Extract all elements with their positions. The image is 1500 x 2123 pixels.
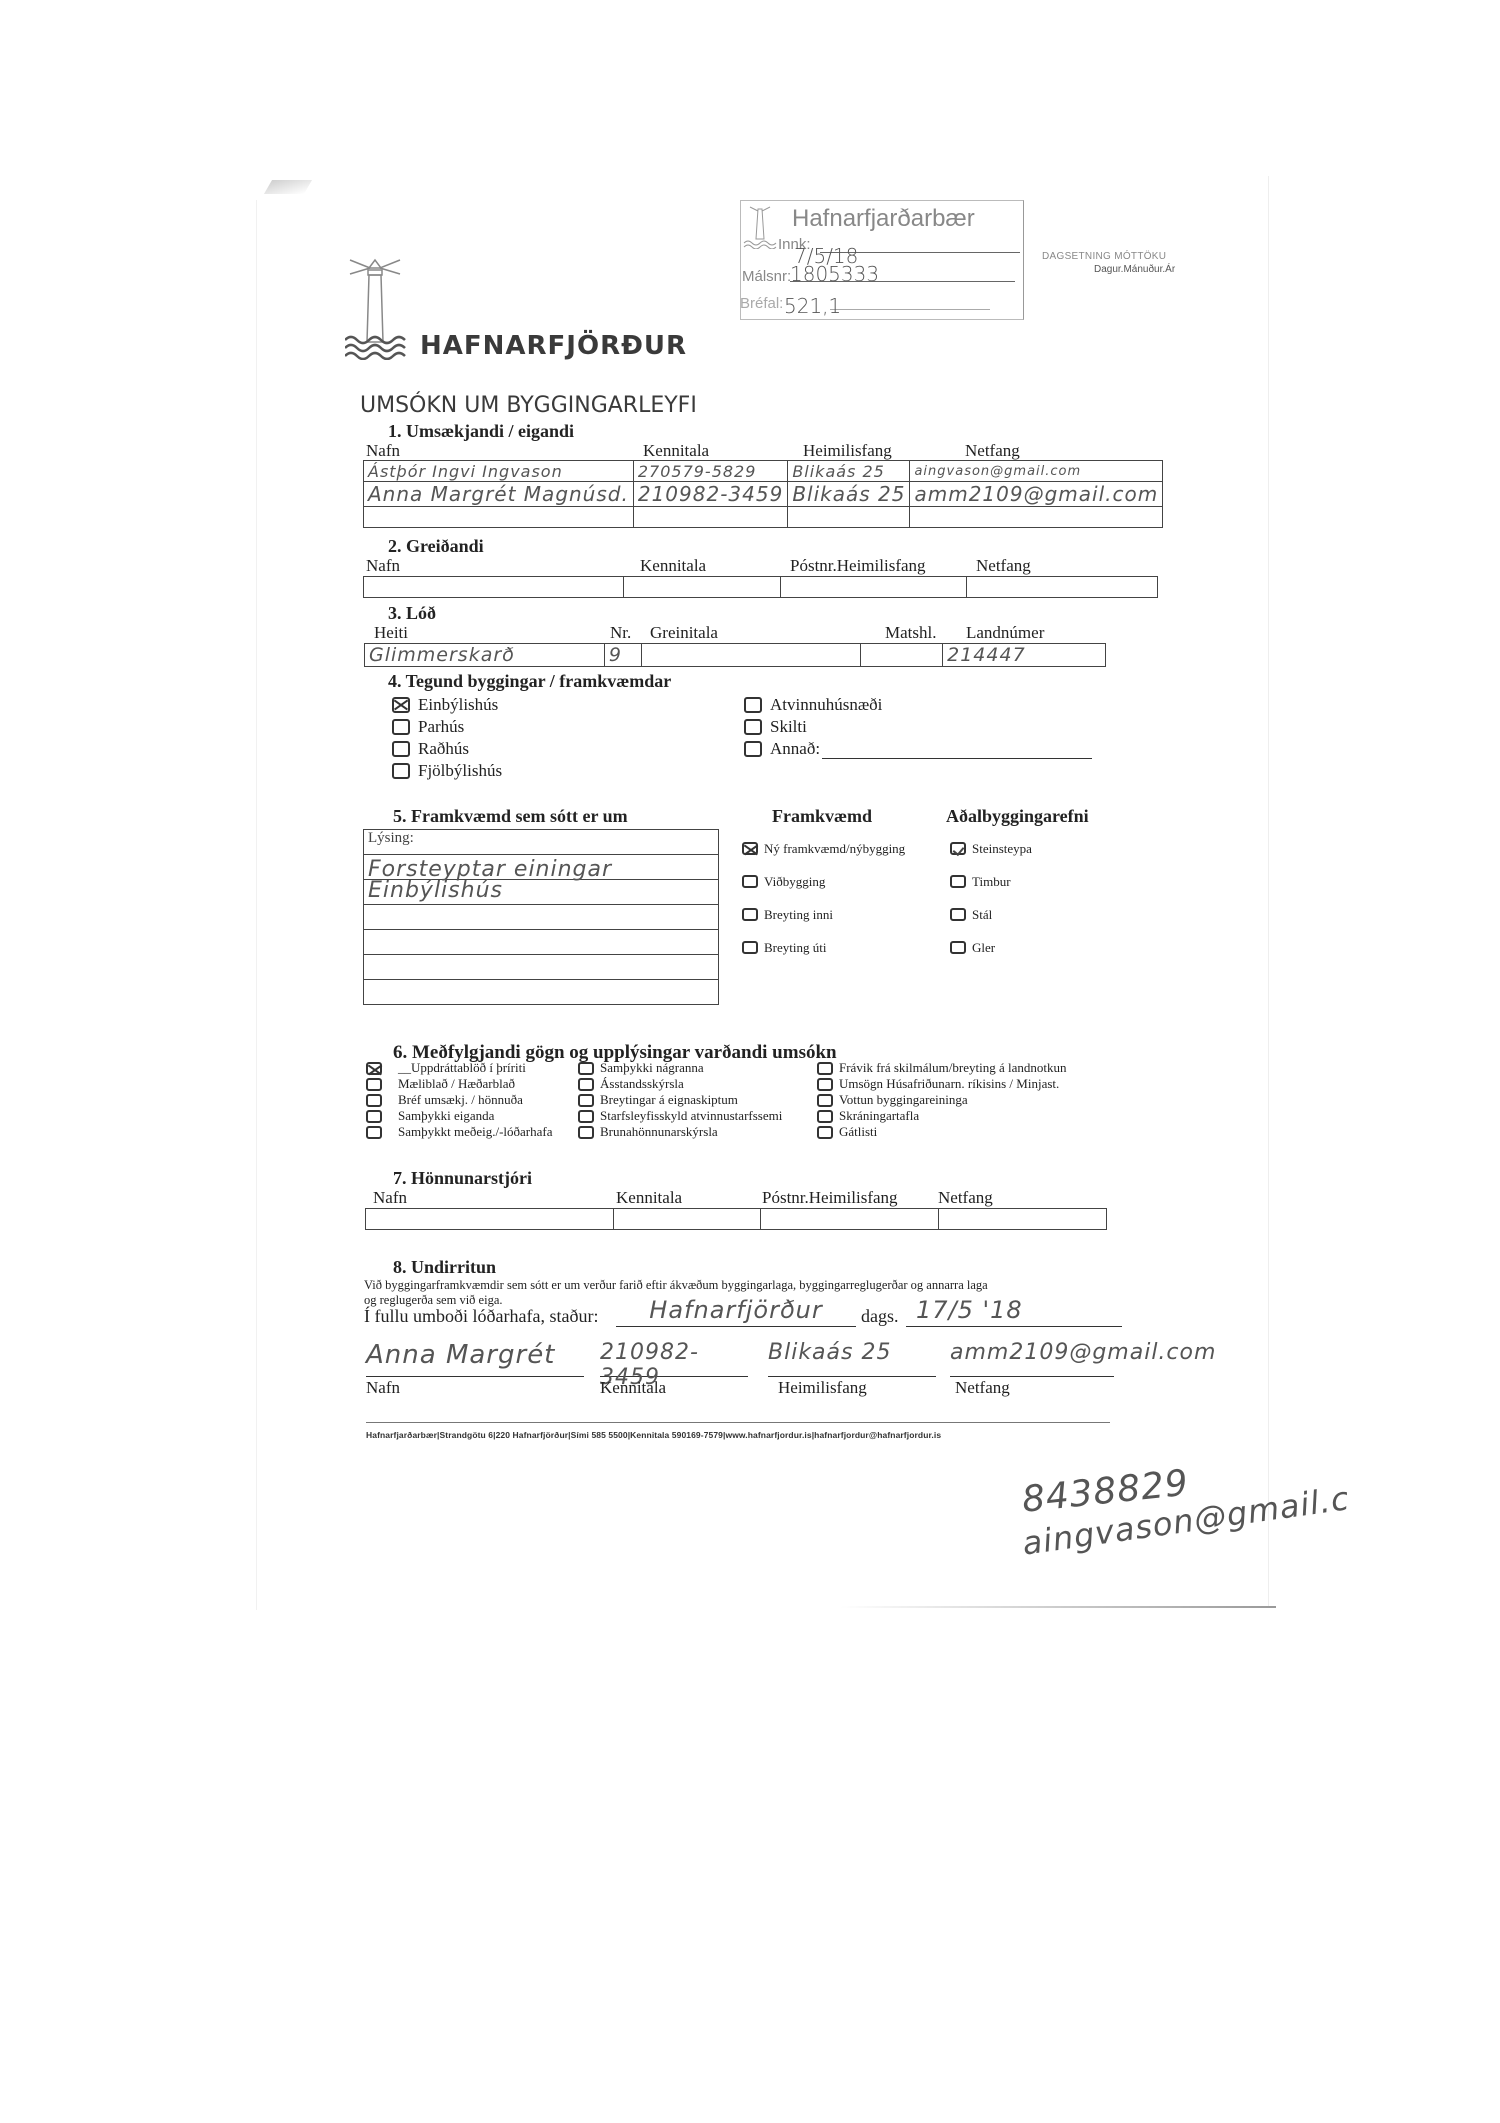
checkbox-ny-framkvaemd[interactable]: Ný framkvæmd/nýbygging	[742, 832, 905, 865]
efni-options: Steinsteypa Timbur Stál Gler	[950, 832, 1032, 964]
checkbox-label: Viðbygging	[764, 874, 825, 890]
checkbox-gler[interactable]: Gler	[950, 931, 1032, 964]
checkbox-label: Atvinnuhúsnæði	[770, 695, 882, 715]
payer-address-field[interactable]	[781, 577, 967, 598]
checkbox-label: Ásstandsskýrsla	[600, 1076, 684, 1092]
footer-divider	[366, 1422, 1110, 1423]
s7-col-kennitala: Kennitala	[616, 1188, 682, 1208]
payer-kennitala-field[interactable]	[623, 577, 781, 598]
s1-col-netfang: Netfang	[965, 441, 1020, 461]
checkbox-starfsleyfisskyld[interactable]: Starfsleyfisskyld atvinnustarfssemi	[578, 1108, 782, 1124]
applicant-address-field[interactable]: Blikaás 25	[788, 461, 910, 482]
section-8-heading: 8. Undirritun	[393, 1257, 496, 1278]
checkbox-label: Brunahönnunarskýrsla	[600, 1124, 718, 1140]
checkbox-empty-icon	[744, 719, 762, 735]
checkbox-parhus[interactable]: Parhús	[392, 716, 502, 738]
checkbox-checked-icon	[392, 697, 410, 713]
applicant-name-field[interactable]	[364, 507, 634, 528]
scan-artifact	[264, 180, 312, 194]
checkbox-label: Samþykkt meðeig./-lóðarhafa	[398, 1124, 553, 1140]
payer-name-field[interactable]	[364, 577, 624, 598]
checkbox-breytingar-eignaskiptum[interactable]: Breytingar á eignaskiptum	[578, 1092, 782, 1108]
checkbox-empty-icon	[817, 1078, 833, 1091]
checkbox-empty-icon	[578, 1094, 594, 1107]
checkbox-empty-icon	[742, 908, 758, 921]
date-format-label: Dagur.Mánuður.Ár	[1094, 264, 1175, 275]
checkbox-empty-icon	[578, 1110, 594, 1123]
documents-col-1: __Uppdráttablöð í þríriti Mæliblað / Hæð…	[366, 1060, 553, 1140]
s3-col-heiti: Heiti	[374, 623, 408, 643]
payer-email-field[interactable]	[967, 577, 1158, 598]
footer-contact: Hafnarfjarðarbær|Strandgötu 6|220 Hafnar…	[366, 1430, 941, 1440]
place-label: Í fullu umboði lóðarhafa, staður:	[364, 1306, 598, 1327]
lot-number-field[interactable]: 9	[604, 644, 641, 667]
label-netfang: Netfang	[955, 1378, 1010, 1398]
section-3-heading: 3. Lóð	[388, 603, 436, 624]
lot-greinitala-field[interactable]	[641, 644, 861, 667]
checkbox-radhus[interactable]: Raðhús	[392, 738, 502, 760]
checkbox-empty-icon	[366, 1078, 382, 1091]
table-row	[364, 507, 1163, 528]
checkbox-label: Fjölbýlishús	[418, 761, 502, 781]
checkbox-atvinnuhusnaedi[interactable]: Atvinnuhúsnæði	[744, 694, 1092, 716]
checkbox-label: Starfsleyfisskyld atvinnustarfssemi	[600, 1108, 782, 1124]
checkbox-empty-icon	[392, 741, 410, 757]
payer-table	[363, 576, 1158, 598]
checkbox-uppdrattablod[interactable]: __Uppdráttablöð í þríriti	[366, 1060, 553, 1076]
s2-col-heimilisfang: Póstnr.Heimilisfang	[790, 556, 926, 576]
checkbox-empty-icon	[578, 1078, 594, 1091]
description-label: Lýsing:	[364, 830, 718, 855]
checkbox-sampykkt-medeig[interactable]: Samþykkt meðeig./-lóðarhafa	[366, 1124, 553, 1140]
lot-landnumer-field[interactable]: 214447	[943, 644, 1106, 667]
checkbox-empty-icon	[366, 1110, 382, 1123]
checkbox-checked-icon	[742, 842, 758, 855]
declaration-text-1: Við byggingarframkvæmdir sem sótt er um …	[364, 1278, 988, 1293]
signature-name[interactable]: Anna Margrét	[366, 1340, 584, 1377]
applicant-email-field[interactable]: amm2109@gmail.com	[910, 482, 1163, 507]
description-line[interactable]	[364, 930, 718, 955]
checkbox-annad[interactable]: Annað:	[744, 738, 1092, 760]
s1-col-heimilisfang: Heimilisfang	[803, 441, 892, 461]
checkbox-empty-icon	[578, 1126, 594, 1139]
checkbox-bref-umsaekj[interactable]: Bréf umsækj. / hönnuða	[366, 1092, 553, 1108]
applicant-name-field[interactable]: Ástþór Ingvi Ingvason	[364, 461, 634, 482]
section-4-heading: 4. Tegund byggingar / framkvæmdar	[388, 671, 671, 692]
building-type-left: Einbýlishús Parhús Raðhús Fjölbýlishús	[392, 694, 502, 782]
applicant-address-field[interactable]: Blikaás 25	[788, 482, 910, 507]
checkbox-label: Ný framkvæmd/nýbygging	[764, 841, 905, 857]
checkbox-stal[interactable]: Stál	[950, 898, 1032, 931]
table-row: Glimmerskarð 9 214447	[365, 644, 1106, 667]
s1-col-kennitala: Kennitala	[643, 441, 709, 461]
checkbox-vottun[interactable]: Vottun byggingareininga	[817, 1092, 1066, 1108]
checkbox-fjolbylishus[interactable]: Fjölbýlishús	[392, 760, 502, 782]
section-5-heading: 5. Framkvæmd sem sótt er um	[393, 806, 628, 827]
stamp-line	[830, 309, 990, 310]
annad-field[interactable]	[822, 740, 1092, 759]
scan-edge	[840, 1606, 1276, 1608]
checkbox-empty-icon	[817, 1110, 833, 1123]
checkbox-label: Breyting úti	[764, 940, 826, 956]
checkbox-sampykki-nagranna[interactable]: Samþykki nágranna	[578, 1060, 782, 1076]
checkbox-label: Skráningartafla	[839, 1108, 919, 1124]
table-row: Anna Margrét Magnúsd. 210982-3459 Blikaá…	[364, 482, 1163, 507]
checkbox-empty-icon	[950, 941, 966, 954]
description-box: Lýsing: Forsteyptar einingar Einbýlishús	[363, 829, 719, 1005]
checkbox-label: Frávik frá skilmálum/breyting á landnotk…	[839, 1060, 1066, 1076]
checkbox-skilti[interactable]: Skilti	[744, 716, 1092, 738]
manager-email-field[interactable]	[939, 1209, 1107, 1230]
checkbox-label: Stál	[972, 907, 992, 923]
manager-name-field[interactable]	[366, 1209, 614, 1230]
s3-col-matshl: Matshl.	[885, 623, 936, 643]
checkbox-checked-icon	[950, 842, 966, 855]
s2-col-netfang: Netfang	[976, 556, 1031, 576]
description-line[interactable]	[364, 905, 718, 930]
checkbox-empty-icon	[366, 1126, 382, 1139]
s2-col-nafn: Nafn	[366, 556, 400, 576]
checkbox-empty-icon	[950, 908, 966, 921]
scan-edge	[256, 200, 257, 1610]
section-1-heading: 1. Umsækjandi / eigandi	[388, 421, 574, 442]
framkvaemd-heading: Framkvæmd	[772, 806, 872, 827]
checkbox-checked-icon	[366, 1062, 382, 1075]
s2-col-kennitala: Kennitala	[640, 556, 706, 576]
lot-matshl-field[interactable]	[861, 644, 943, 667]
label-heimilisfang: Heimilisfang	[778, 1378, 867, 1398]
checkbox-label: Raðhús	[418, 739, 469, 759]
s1-col-nafn: Nafn	[366, 441, 400, 461]
description-line[interactable]	[364, 955, 718, 980]
checkbox-label: Gler	[972, 940, 995, 956]
applicant-kennitala-field[interactable]: 210982-3459	[633, 482, 787, 507]
checkbox-sampykki-eiganda[interactable]: Samþykki eiganda	[366, 1108, 553, 1124]
checkbox-empty-icon	[817, 1062, 833, 1075]
description-line[interactable]: Einbýlishús	[364, 880, 718, 905]
date-label: dags.	[861, 1306, 899, 1327]
applicant-email-field[interactable]	[910, 507, 1163, 528]
s3-col-nr: Nr.	[610, 623, 631, 643]
checkbox-label: Parhús	[418, 717, 464, 737]
checkbox-label: Annað:	[770, 739, 820, 759]
stamp-title: Hafnarfjarðarbær	[792, 205, 975, 233]
checkbox-label: Bréf umsækj. / hönnuða	[398, 1092, 523, 1108]
checkbox-empty-icon	[392, 719, 410, 735]
checkbox-label: Vottun byggingareininga	[839, 1092, 968, 1108]
date-field[interactable]: 17/5 '18	[906, 1296, 1122, 1327]
section-2-heading: 2. Greiðandi	[388, 536, 484, 557]
applicant-email-field[interactable]: aingvason@gmail.com	[910, 461, 1163, 482]
description-line[interactable]	[364, 980, 718, 1004]
table-row	[364, 577, 1158, 598]
checkbox-einbylishus[interactable]: Einbýlishús	[392, 694, 502, 716]
checkbox-label: Breytingar á eignaskiptum	[600, 1092, 738, 1108]
lighthouse-logo-icon	[345, 250, 425, 360]
checkbox-fravik[interactable]: Frávik frá skilmálum/breyting á landnotk…	[817, 1060, 1066, 1076]
place-field[interactable]: Hafnarfjörður	[616, 1296, 856, 1327]
s3-col-greinitala: Greinitala	[650, 623, 718, 643]
applicant-name-field[interactable]: Anna Margrét Magnúsd.	[364, 482, 634, 507]
stamp-lighthouse-icon	[742, 203, 780, 249]
stamp-brefal-value: 521,1	[784, 294, 841, 318]
signature-address[interactable]: Blikaás 25	[768, 1340, 936, 1377]
lot-table: Glimmerskarð 9 214447	[364, 643, 1106, 667]
stamp-malsnr-value: 1805333	[790, 262, 879, 286]
form-title: UMSÓKN UM BYGGINGARLEYFI	[360, 393, 697, 418]
table-row	[366, 1209, 1107, 1230]
checkbox-empty-icon	[578, 1062, 594, 1075]
checkbox-skraningartafla[interactable]: Skráningartafla	[817, 1108, 1066, 1124]
checkbox-steinsteypa[interactable]: Steinsteypa	[950, 832, 1032, 865]
checkbox-breyting-inni[interactable]: Breyting inni	[742, 898, 905, 931]
checkbox-empty-icon	[744, 697, 762, 713]
efni-heading: Aðalbyggingarefni	[946, 806, 1089, 827]
checkbox-empty-icon	[742, 875, 758, 888]
signature-kennitala[interactable]: 210982-3459	[600, 1340, 748, 1377]
checkbox-umsogn-husafridunarn[interactable]: Umsögn Húsafriðunarn. ríkisins / Minjast…	[817, 1076, 1066, 1092]
checkbox-breyting-uti[interactable]: Breyting úti	[742, 931, 905, 964]
brand-name: HAFNARFJÖRÐUR	[420, 331, 687, 361]
checkbox-label: Steinsteypa	[972, 841, 1032, 857]
building-type-right: Atvinnuhúsnæði Skilti Annað:	[744, 694, 1092, 760]
s7-col-netfang: Netfang	[938, 1188, 993, 1208]
description-line[interactable]: Forsteyptar einingar	[364, 855, 718, 880]
checkbox-empty-icon	[366, 1094, 382, 1107]
label-kennitala: Kennitala	[600, 1378, 666, 1398]
applicant-table: Ástþór Ingvi Ingvason 270579-5829 Blikaá…	[363, 460, 1163, 528]
checkbox-label: Breyting inni	[764, 907, 833, 923]
date-received-label: DAGSETNING MÓTTÖKU	[1042, 251, 1166, 262]
checkbox-empty-icon	[742, 941, 758, 954]
checkbox-label: Mæliblað / Hæðarblað	[398, 1076, 515, 1092]
framkvaemd-options: Ný framkvæmd/nýbygging Viðbygging Breyti…	[742, 832, 905, 964]
checkbox-brunahonnun[interactable]: Brunahönnunarskýrsla	[578, 1124, 782, 1140]
s7-col-nafn: Nafn	[373, 1188, 407, 1208]
label-nafn: Nafn	[366, 1378, 400, 1398]
checkbox-label: Umsögn Húsafriðunarn. ríkisins / Minjast…	[839, 1076, 1059, 1092]
applicant-kennitala-field[interactable]	[633, 507, 787, 528]
signature-email[interactable]: amm2109@gmail.com	[950, 1340, 1114, 1377]
checkbox-asstandsskyrsla[interactable]: Ásstandsskýrsla	[578, 1076, 782, 1092]
checkbox-empty-icon	[817, 1126, 833, 1139]
checkbox-empty-icon	[817, 1094, 833, 1107]
checkbox-label: Gátlisti	[839, 1124, 877, 1140]
checkbox-empty-icon	[744, 741, 762, 757]
checkbox-label: Skilti	[770, 717, 807, 737]
applicant-kennitala-field[interactable]: 270579-5829	[633, 461, 787, 482]
checkbox-label: Samþykki eiganda	[398, 1108, 494, 1124]
checkbox-label: Timbur	[972, 874, 1011, 890]
checkbox-label: Samþykki nágranna	[600, 1060, 704, 1076]
documents-col-2: Samþykki nágranna Ásstandsskýrsla Breyti…	[578, 1060, 782, 1140]
s3-col-landnumer: Landnúmer	[966, 623, 1044, 643]
checkbox-timbur[interactable]: Timbur	[950, 865, 1032, 898]
manager-kennitala-field[interactable]	[613, 1209, 761, 1230]
checkbox-maeliblad[interactable]: Mæliblað / Hæðarblað	[366, 1076, 553, 1092]
applicant-address-field[interactable]	[788, 507, 910, 528]
checkbox-vidbygging[interactable]: Viðbygging	[742, 865, 905, 898]
checkbox-label: Einbýlishús	[418, 695, 498, 715]
s7-col-heimilisfang: Póstnr.Heimilisfang	[762, 1188, 898, 1208]
manager-address-field[interactable]	[761, 1209, 939, 1230]
table-row: Ástþór Ingvi Ingvason 270579-5829 Blikaá…	[364, 461, 1163, 482]
stamp-brefal-label: Bréfal:	[740, 295, 783, 312]
checkbox-empty-icon	[392, 763, 410, 779]
scan-edge	[1268, 176, 1269, 1606]
checkbox-gatlisti[interactable]: Gátlisti	[817, 1124, 1066, 1140]
section-7-heading: 7. Hönnunarstjóri	[393, 1168, 532, 1189]
stamp-malsnr-label: Málsnr:	[742, 268, 791, 285]
design-manager-table	[365, 1208, 1107, 1230]
checkbox-empty-icon	[950, 875, 966, 888]
documents-col-3: Frávik frá skilmálum/breyting á landnotk…	[817, 1060, 1066, 1140]
lot-name-field[interactable]: Glimmerskarð	[365, 644, 605, 667]
checkbox-label: __Uppdráttablöð í þríriti	[398, 1060, 526, 1076]
